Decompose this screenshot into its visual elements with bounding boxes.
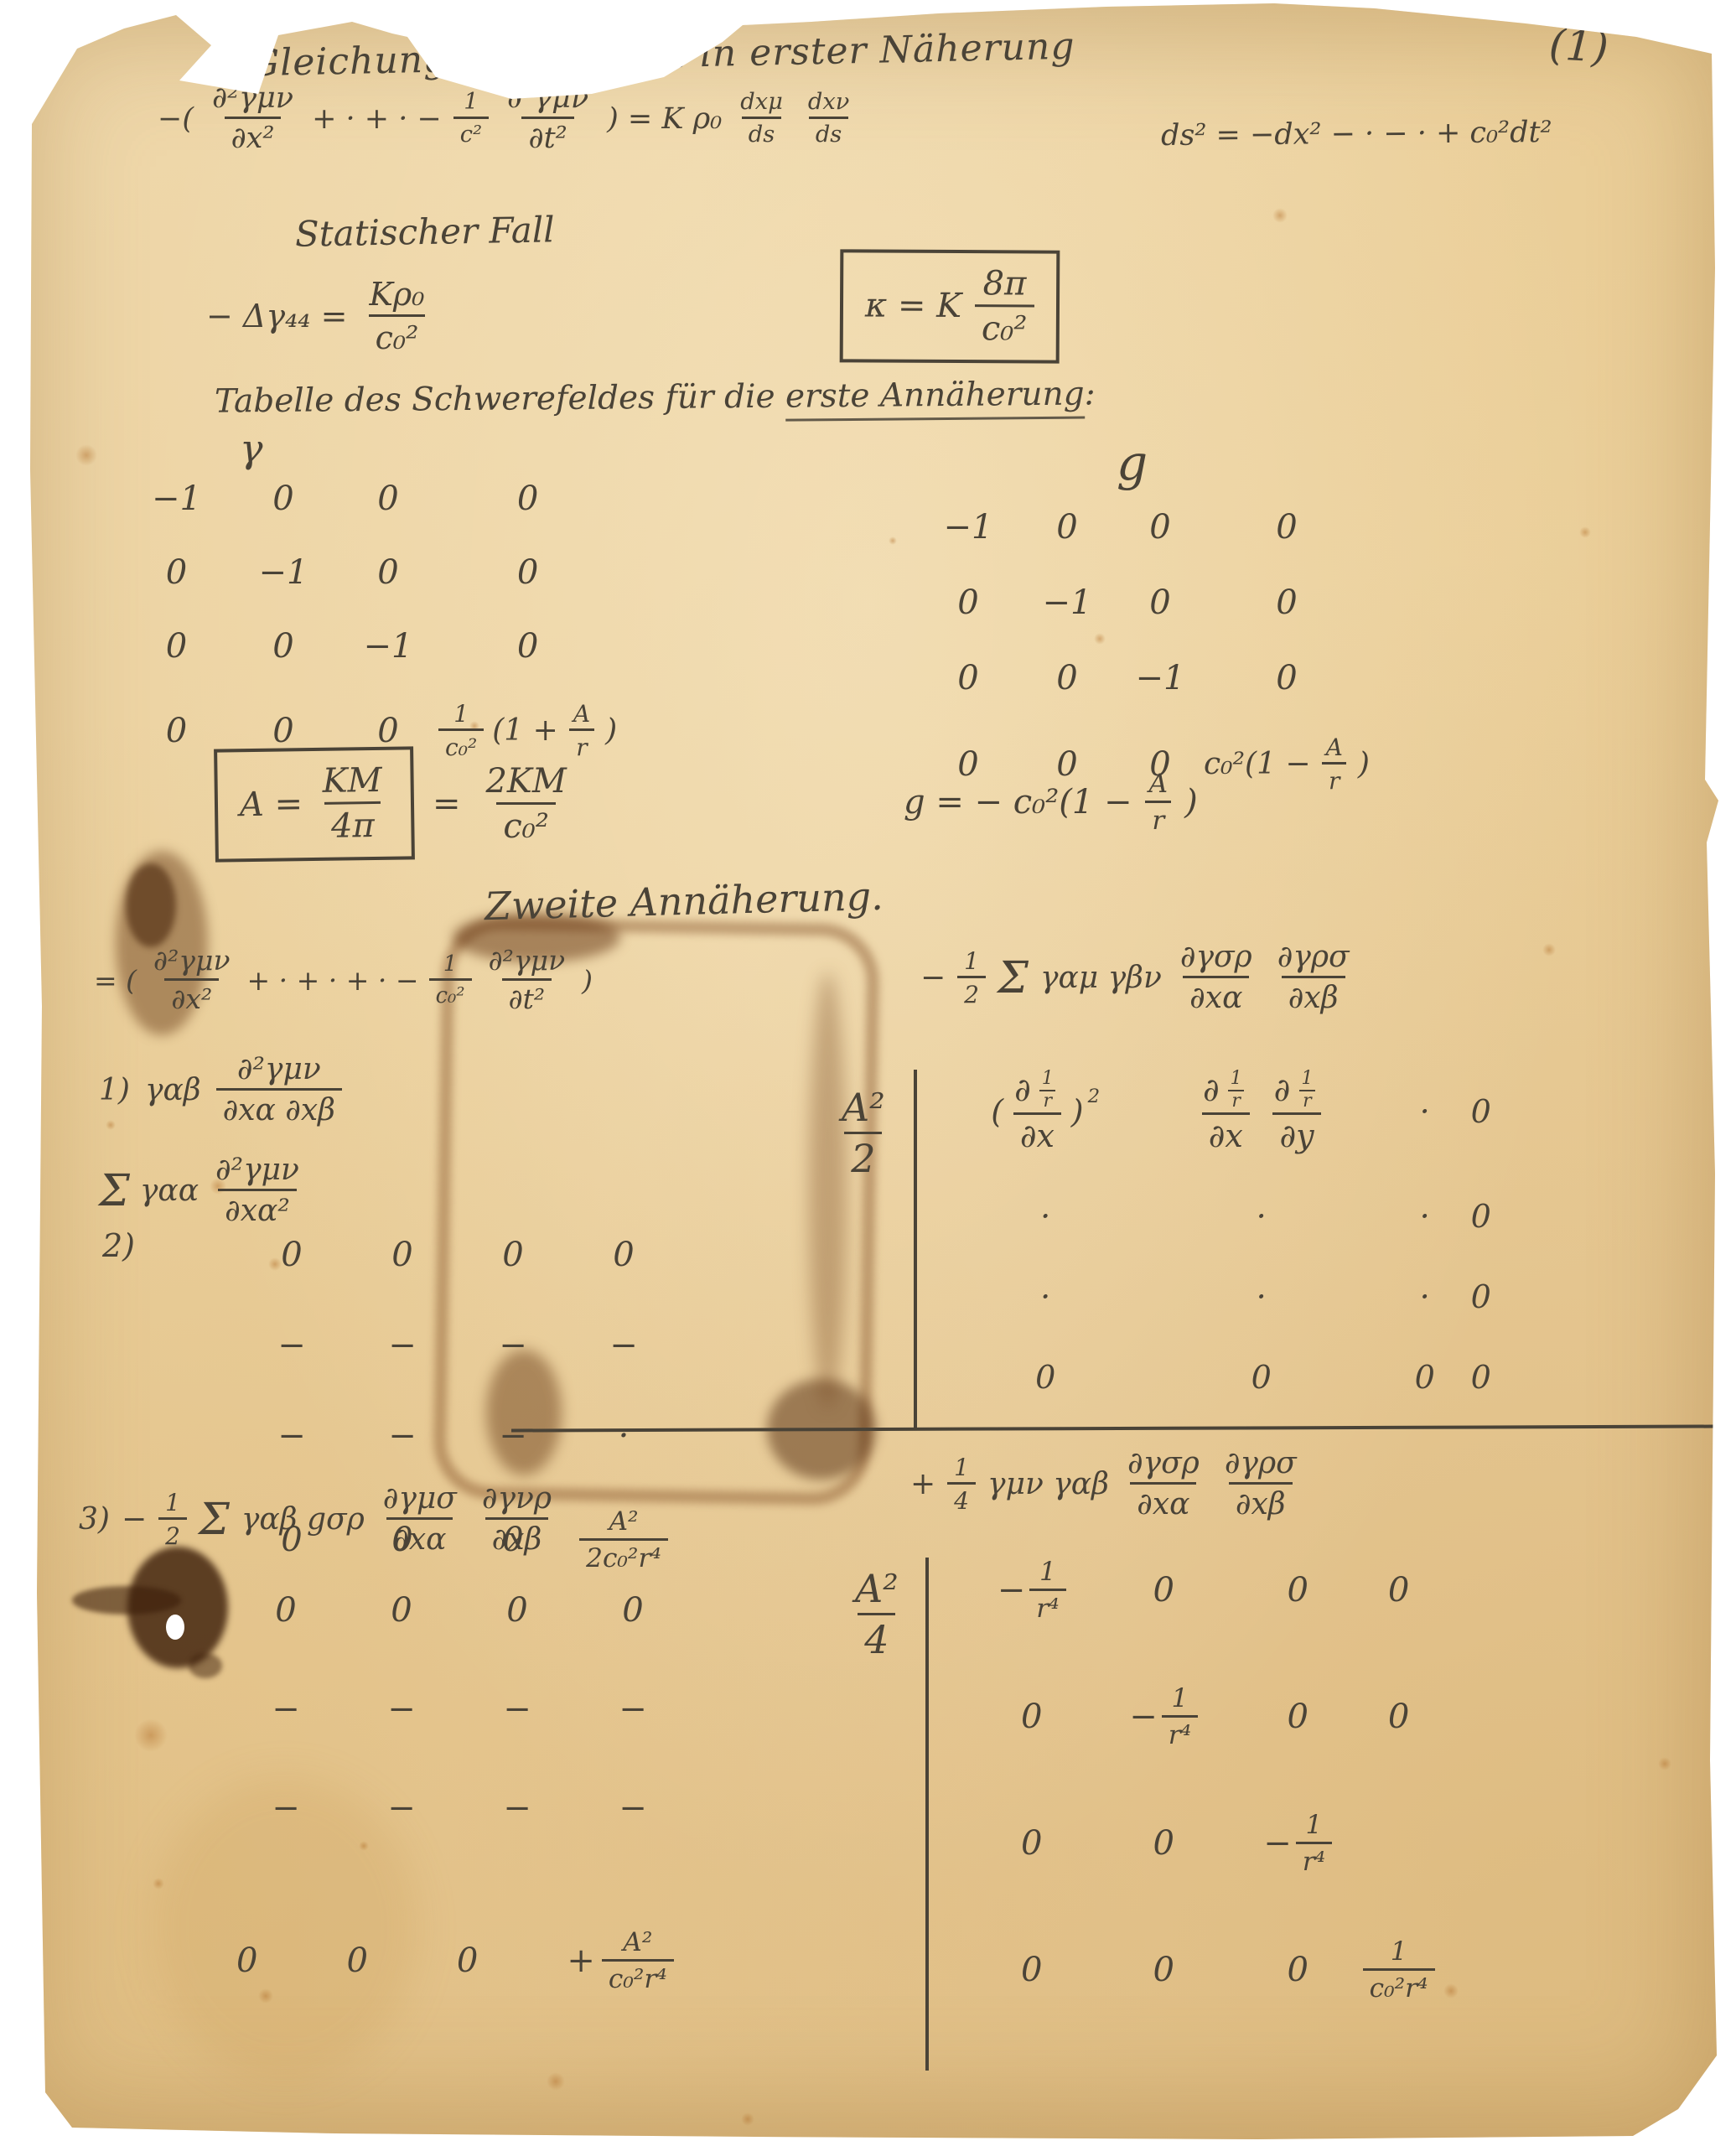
- frac-d2gamma-dt2: ∂²γμν ∂t²: [482, 946, 573, 1015]
- kappa-lhs: κ = K: [865, 287, 961, 326]
- den: c₀²r⁴: [602, 1959, 674, 1994]
- matrix-cell: 0: [1021, 1951, 1042, 1989]
- frac-d2gamma-dxadxb: ∂²γμν ∂xα ∂xβ: [216, 1053, 342, 1128]
- num: 1: [457, 90, 485, 117]
- cell-text: ): [605, 713, 617, 748]
- frac-d2gamma-dx2: ∂²γμν ∂x²: [205, 82, 300, 155]
- eq-dots: + · + · + · −: [247, 964, 419, 997]
- plus-sign: +: [567, 1941, 595, 1980]
- caption-text: Tabelle des Schwerefeldes für die: [215, 378, 785, 421]
- frac-d2gamma-dxa2: ∂²γμν ∂xα²: [209, 1153, 306, 1229]
- matrix-cell: 0: [1251, 1359, 1272, 1396]
- half-matrix: ( ∂ 1 r ∂x ) 2 ∂: [947, 1070, 1491, 1396]
- g-scalar-equation: g = − c₀²(1 − A r ): [904, 770, 1198, 836]
- den: r: [1145, 801, 1171, 836]
- paren: (: [991, 1093, 1003, 1130]
- term-half-sum: − 1 2 Σ γαμ γβν ∂γσρ ∂xα ∂γρσ ∂xβ: [920, 941, 1356, 1016]
- num: ∂²γμν: [147, 946, 237, 978]
- frac-dgamma-dxb: ∂γρσ ∂xβ: [1218, 1447, 1303, 1522]
- partial: ∂: [1274, 1072, 1291, 1108]
- matrix-cell: −1: [944, 508, 993, 547]
- matrix-cell: −1: [364, 627, 413, 666]
- matrix-cell: −: [277, 1326, 306, 1365]
- den: ∂xα²: [218, 1189, 297, 1228]
- frac-KM-4pi: KM 4π: [315, 762, 389, 846]
- minus-sign: −: [1263, 1824, 1292, 1863]
- matrix-cell: 0: [506, 1591, 527, 1630]
- term-3-last-row: 0 0 0 + A² c₀²r⁴: [236, 1928, 674, 1994]
- matrix-cell: 0: [1471, 1198, 1491, 1235]
- matrix-cell: 0: [1471, 1359, 1491, 1396]
- num: ∂γσρ: [1121, 1447, 1206, 1482]
- num: 1: [1033, 1558, 1063, 1589]
- matrix-cell: ·: [1420, 1093, 1430, 1130]
- term-1-sum: Σ γαα ∂²γμν ∂xα²: [99, 1153, 306, 1229]
- matrix-cell: −: [387, 1690, 416, 1729]
- frac-1-r: 1 r: [1294, 1070, 1319, 1111]
- frac-1-4: 1 4: [947, 1454, 976, 1515]
- den: 4: [947, 1482, 976, 1514]
- frac-d1r-dx: ∂ 1 r ∂x: [1008, 1070, 1067, 1154]
- den: ∂xα: [1183, 976, 1249, 1015]
- matrix-cell: −: [503, 1789, 531, 1827]
- static-case-heading: Statischer Fall: [295, 209, 555, 254]
- factor-A2-over-4: A² 4: [848, 1568, 905, 1661]
- num: ∂²γμν: [205, 82, 300, 117]
- frac-dgamma-dxa: ∂γμσ ∂xα: [376, 1482, 464, 1558]
- matrix-cell-diagonal: − 1 r⁴: [1129, 1684, 1198, 1750]
- den: 4π: [324, 801, 381, 846]
- matrix-cell: 0: [272, 479, 293, 518]
- matrix-cell: 0: [272, 712, 293, 750]
- matrix-cell: −: [619, 1690, 647, 1729]
- num: ∂γσρ: [1174, 941, 1259, 976]
- second-approx-lhs: = ( ∂²γμν ∂x² + · + · + · − 1 c₀² ∂²γμν …: [94, 946, 593, 1015]
- matrix-cell: −: [387, 1789, 416, 1827]
- A-definition-box: A = KM 4π: [214, 746, 415, 862]
- matrix-cell: 0: [272, 627, 293, 666]
- matrix-cell: −: [277, 1417, 306, 1455]
- num: ∂ 1 r: [1196, 1070, 1256, 1112]
- num: 1: [947, 1454, 976, 1482]
- sigma-sign: Σ: [998, 953, 1029, 1003]
- matrix-cell: −: [503, 1690, 531, 1729]
- den: 2: [957, 976, 986, 1008]
- den: r⁴: [1296, 1842, 1332, 1877]
- static-lhs: − Δγ₄₄ =: [206, 298, 347, 334]
- num: ∂²γμν: [482, 946, 573, 978]
- den: r: [1299, 1090, 1315, 1111]
- matrix-cell: 0: [1021, 1698, 1042, 1736]
- paren: ): [1071, 1093, 1084, 1130]
- frac-1-r4: 1 r⁴: [1029, 1558, 1065, 1624]
- matrix-cell: 0: [1388, 1698, 1409, 1736]
- frac-1-2: 1 2: [158, 1490, 187, 1550]
- den: r⁴: [1162, 1715, 1198, 1750]
- num: 1: [1384, 1937, 1414, 1968]
- page-number: (1): [1548, 20, 1610, 72]
- frac-d1r-dy: ∂ 1 r ∂y: [1267, 1070, 1327, 1154]
- frac-A-r: A r: [1143, 770, 1175, 836]
- matrix-cell: 0: [1021, 1824, 1042, 1863]
- matrix-cell: −: [272, 1690, 300, 1729]
- num: 1: [437, 952, 464, 978]
- matrix-cell: 0: [1035, 1359, 1055, 1396]
- num: A²: [602, 1507, 645, 1538]
- matrix-cell: 0: [1415, 1359, 1435, 1396]
- den: ∂xα ∂xβ: [216, 1088, 342, 1127]
- term-2-label: 2): [102, 1227, 135, 1264]
- matrix-cell: 0: [1287, 1951, 1308, 1989]
- den: c₀²: [496, 802, 555, 846]
- num: dxν: [801, 90, 856, 117]
- den: ∂y: [1272, 1112, 1320, 1154]
- num: ∂²γμν: [500, 82, 595, 117]
- kappa-definition-box: κ = K 8π c₀²: [840, 249, 1060, 363]
- num: ∂γνρ: [475, 1482, 558, 1517]
- num: KM: [315, 762, 388, 802]
- frac-dxnu-ds: dxν ds: [801, 90, 856, 148]
- matrix-cell: 0: [377, 479, 398, 518]
- matrix-cell: 0: [517, 627, 538, 666]
- sigma-sign: Σ: [99, 1166, 130, 1216]
- matrix-cell: −1: [1136, 659, 1185, 697]
- minus-sign: −: [998, 1571, 1026, 1609]
- gamma-alphaalpha: γαα: [140, 1174, 199, 1208]
- num: 1: [1224, 1070, 1249, 1090]
- partial: ∂: [1203, 1072, 1220, 1108]
- matrix-cell: −: [619, 1789, 647, 1827]
- den: ∂x: [1202, 1112, 1250, 1154]
- partial: ∂: [1014, 1072, 1031, 1108]
- eq-close: ) = K ρ₀: [607, 102, 722, 136]
- term-3-matrix: 0 0 0 0 − − − − − − − −: [228, 1591, 691, 1827]
- term-1: 1) γαβ ∂²γμν ∂xα ∂xβ: [99, 1053, 342, 1128]
- matrix-cell: −: [609, 1326, 638, 1365]
- minus-sign: −: [920, 961, 946, 995]
- matrix-cell: 0: [1153, 1951, 1174, 1989]
- matrix-cell: 0: [1287, 1571, 1308, 1609]
- g-matrix-label: g: [1117, 434, 1148, 491]
- matrix-cell: ·: [1257, 1278, 1267, 1315]
- matrix-divider-bar: [925, 1558, 929, 2071]
- frac-1-c02: 1 c₀²: [429, 952, 472, 1008]
- frac-A2-2c02r4: A² 2c₀²r⁴: [579, 1507, 668, 1573]
- matrix-cell: 0: [391, 1236, 412, 1274]
- matrix-cell: 0: [166, 627, 187, 666]
- num: ∂ 1 r: [1008, 1070, 1067, 1112]
- matrix-cell: 0: [957, 659, 978, 697]
- caption-underlined: erste Annäherung: [785, 376, 1085, 422]
- gamma-matrix-label: γ: [240, 426, 263, 471]
- frac-1-2: 1 2: [957, 948, 986, 1008]
- gamma-alphabeta: γαβ: [145, 1073, 201, 1107]
- matrix-cell: 0: [502, 1236, 523, 1274]
- minus-sign: −: [1129, 1698, 1158, 1736]
- factor-A2-over-2: A² 2: [835, 1086, 892, 1180]
- frac-d2gamma-dx2: ∂²γμν ∂x²: [147, 946, 237, 1015]
- den: c₀²: [975, 304, 1034, 348]
- matrix-cell: 0: [1276, 508, 1297, 547]
- num: 1: [1035, 1070, 1060, 1090]
- matrix-cell: −1: [259, 553, 308, 592]
- frac-dgamma-dxa: ∂γσρ ∂xα: [1121, 1447, 1206, 1522]
- frac-2KM-c02: 2KM c₀²: [479, 763, 573, 846]
- num: 1: [957, 948, 986, 976]
- half-matrix-block: A² 2 ( ∂ 1 r ∂x ) 2: [835, 1070, 1491, 1430]
- eq-dots: + · + · −: [312, 102, 442, 136]
- cell-text: (1 +: [492, 713, 558, 748]
- den: r⁴: [1029, 1589, 1065, 1624]
- matrix-cell: 0: [377, 553, 398, 592]
- matrix-cell: 0: [1471, 1093, 1491, 1130]
- matrix-cell: ·: [1040, 1278, 1050, 1315]
- den: ∂t²: [521, 117, 573, 155]
- num: 8π: [976, 265, 1033, 304]
- den: ∂t²: [502, 978, 552, 1015]
- A-definition: A = KM 4π = 2KM c₀²: [215, 748, 573, 861]
- matrix-cell-diagonal: − 1 r⁴: [1263, 1811, 1332, 1877]
- table-caption: Tabelle des Schwerefeldes für die erste …: [215, 375, 1096, 420]
- frac-dxmu-ds: dxμ ds: [733, 90, 790, 148]
- frac-one-over-c2: 1 c²: [453, 90, 489, 148]
- matrix-cell: 0: [957, 583, 978, 622]
- den: c₀²: [369, 314, 426, 356]
- matrix-cell: 0: [1153, 1571, 1174, 1609]
- gamma-factors: γαβ gσρ: [241, 1502, 365, 1537]
- gamma-factors: γαμ γβν: [1040, 961, 1162, 995]
- den: ∂x: [1013, 1112, 1061, 1154]
- matrix-cell: −1: [152, 479, 201, 518]
- frac-A-r: A r: [1319, 734, 1350, 795]
- num: A²: [616, 1928, 659, 1959]
- num: ∂²γμν: [231, 1053, 328, 1088]
- matrix-cell-squared-derivative: ( ∂ 1 r ∂x ) 2: [991, 1070, 1100, 1154]
- den: c²: [453, 117, 489, 148]
- cell-text: ): [1358, 747, 1370, 781]
- den: 2: [844, 1132, 882, 1181]
- gamma-factors: γμν γαβ: [987, 1467, 1109, 1501]
- den: r: [1322, 762, 1346, 794]
- gamma-matrix: −1 0 0 0 0 −1 0 0 0 0 −1 0 0 0 0 1 c₀² (…: [124, 479, 617, 761]
- num: dxμ: [733, 90, 790, 117]
- eq-open: = (: [94, 964, 137, 997]
- matrix-cell: 0: [281, 1236, 302, 1274]
- matrix-cell-diagonal: − 1 r⁴: [998, 1558, 1066, 1624]
- frac-dgamma-dxa: ∂γσρ ∂xα: [1174, 941, 1259, 1016]
- matrix-cell-last: + A² c₀²r⁴: [567, 1928, 673, 1994]
- num: Kρ₀: [362, 277, 431, 314]
- frac-1-r: 1 r: [1035, 1070, 1060, 1111]
- g-44-cell: c₀²(1 − A r ): [1204, 734, 1370, 795]
- num: 1: [158, 1490, 187, 1517]
- g-eq-text: g = − c₀²(1 −: [904, 783, 1132, 822]
- den: ∂x²: [225, 117, 282, 155]
- num: 1: [447, 701, 475, 728]
- eq-close: ): [582, 964, 593, 997]
- ds-equation: ds² = −dx² − · − · + c₀²dt²: [1161, 116, 1552, 153]
- matrix-cell: 0: [1276, 583, 1297, 622]
- num: A: [1143, 770, 1175, 801]
- matrix-cell: 0: [1056, 659, 1077, 697]
- matrix-cell: 0: [622, 1591, 643, 1630]
- frac-d1r-dx: ∂ 1 r ∂x: [1196, 1070, 1256, 1154]
- frac-1-c02r4: 1 c₀²r⁴: [1363, 1937, 1435, 2003]
- exponent: 2: [1088, 1086, 1101, 1107]
- matrix-cell: 0: [1388, 1571, 1409, 1609]
- frac-dgamma-dxb: ∂γρσ ∂xβ: [1271, 941, 1356, 1016]
- den: r: [1228, 1090, 1244, 1111]
- matrix-cell: −: [388, 1417, 417, 1455]
- quarter-matrix-block: A² 4 − 1 r⁴ 0 0 0 0 − 1 r⁴ 0: [848, 1558, 1435, 2071]
- num: ∂²γμν: [209, 1153, 306, 1189]
- num: A: [1319, 734, 1350, 762]
- num: 1: [1299, 1811, 1329, 1842]
- num: ∂γρσ: [1271, 941, 1356, 976]
- den: ∂xα: [1130, 1482, 1196, 1521]
- matrix-cell: −: [499, 1417, 527, 1455]
- matrix-cell: 0: [517, 479, 538, 518]
- frac-krho-c02: Kρ₀ c₀²: [362, 277, 431, 355]
- den: 2: [158, 1517, 187, 1549]
- matrix-divider-bar: [914, 1070, 917, 1430]
- matrix-cell: 0: [236, 1941, 257, 1980]
- matrix-cell: ·: [619, 1417, 630, 1455]
- matrix-cell-cross-derivative: ∂ 1 r ∂x ∂ 1 r: [1196, 1070, 1326, 1154]
- frac-1-r: 1 r: [1224, 1070, 1249, 1111]
- den: ∂xβ: [485, 1517, 549, 1557]
- term-quarter-sum: + 1 4 γμν γαβ ∂γσρ ∂xα ∂γρσ ∂xβ: [910, 1447, 1303, 1522]
- num: ∂γρσ: [1218, 1447, 1303, 1482]
- frac-dgamma-dxb: ∂γνρ ∂xβ: [475, 1482, 558, 1558]
- den: ∂xα: [386, 1517, 453, 1557]
- matrix-cell: 0: [166, 712, 187, 750]
- matrix-cell: 0: [1149, 508, 1170, 547]
- den: c₀²r⁴: [1363, 1968, 1435, 2003]
- g-eq-close: ): [1184, 783, 1198, 822]
- g-matrix: −1 0 0 0 0 −1 0 0 0 0 −1 0 0 0 0 c₀²(1 −…: [919, 508, 1370, 795]
- matrix-cell: −: [272, 1789, 300, 1827]
- matrix-cell: 0: [166, 553, 187, 592]
- term-label: 3): [79, 1502, 110, 1537]
- den: 2c₀²r⁴: [579, 1538, 668, 1573]
- num: ∂γμσ: [376, 1482, 464, 1517]
- term-label: 1): [99, 1073, 130, 1107]
- matrix-cell: 0: [1276, 659, 1297, 697]
- matrix-cell: 0: [1056, 508, 1077, 547]
- matrix-cell: 0: [517, 553, 538, 592]
- matrix-cell: ·: [1040, 1198, 1050, 1235]
- frac-1-r4: 1 r⁴: [1162, 1684, 1198, 1750]
- num: 1: [1294, 1070, 1319, 1090]
- ink-box: κ = K 8π c₀²: [840, 249, 1060, 363]
- matrix-cell: ·: [1257, 1198, 1267, 1235]
- matrix-cell: 0: [346, 1941, 367, 1980]
- matrix-cell: 0: [1471, 1278, 1491, 1315]
- matrix-cell: 0: [1153, 1824, 1174, 1863]
- matrix-cell: 0: [391, 1591, 412, 1630]
- sigma-sign: Σ: [199, 1495, 230, 1545]
- den: ds: [809, 117, 848, 148]
- num: A: [567, 701, 597, 728]
- matrix-cell: 0: [613, 1236, 634, 1274]
- num: A²: [848, 1568, 905, 1613]
- matrix-cell: 0: [377, 712, 398, 750]
- matrix-cell: 0: [275, 1591, 296, 1630]
- matrix-cell: 0: [1149, 583, 1170, 622]
- term-3: 3) − 1 2 Σ γαβ gσρ ∂γμσ ∂xα ∂γνρ ∂xβ: [79, 1482, 558, 1558]
- matrix-cell: −: [499, 1326, 527, 1365]
- quarter-matrix: − 1 r⁴ 0 0 0 0 − 1 r⁴ 0 0 0 0 −: [969, 1558, 1435, 2003]
- A-lhs: A =: [240, 785, 303, 824]
- plus-sign: +: [910, 1467, 935, 1501]
- frac-1-r4: 1 r⁴: [1296, 1811, 1332, 1877]
- den: ∂x²: [164, 978, 219, 1015]
- static-equation: − Δγ₄₄ = Kρ₀ c₀²: [206, 277, 431, 355]
- den: ∂xβ: [1282, 976, 1345, 1015]
- matrix-cell: −: [388, 1326, 417, 1365]
- matrix-cell: 0: [1287, 1698, 1308, 1736]
- num: ∂ 1 r: [1267, 1070, 1327, 1112]
- den: c₀²: [429, 978, 472, 1008]
- cell-text: c₀²(1 −: [1204, 747, 1311, 781]
- den: ∂xβ: [1229, 1482, 1293, 1521]
- eq-open: −(: [158, 102, 194, 136]
- den: ds: [742, 117, 781, 148]
- equals-sign: =: [433, 785, 461, 823]
- matrix-cell: ·: [1420, 1198, 1430, 1235]
- num: 1: [1165, 1684, 1195, 1715]
- den: 4: [858, 1613, 895, 1662]
- manuscript-page: (1) Gleichungen der Grav. in erster Nähe…: [0, 0, 1736, 2146]
- den: r: [1039, 1090, 1055, 1111]
- caption-colon: :: [1084, 375, 1096, 412]
- matrix-cell: −1: [1043, 583, 1092, 622]
- matrix-cell: 0: [457, 1941, 478, 1980]
- minus-sign: −: [122, 1502, 147, 1537]
- matrix-cell: ·: [1420, 1278, 1430, 1315]
- num: A²: [835, 1086, 892, 1132]
- first-approx-equation: −( ∂²γμν ∂x² + · + · − 1 c² ∂²γμν ∂t² ) …: [158, 82, 856, 155]
- num: 2KM: [479, 763, 573, 802]
- frac-d2gamma-dt2: ∂²γμν ∂t²: [500, 82, 595, 155]
- frac-8pi-c02: 8π c₀²: [975, 265, 1034, 348]
- frac-A2-c02r4: A² c₀²r⁴: [602, 1928, 674, 1994]
